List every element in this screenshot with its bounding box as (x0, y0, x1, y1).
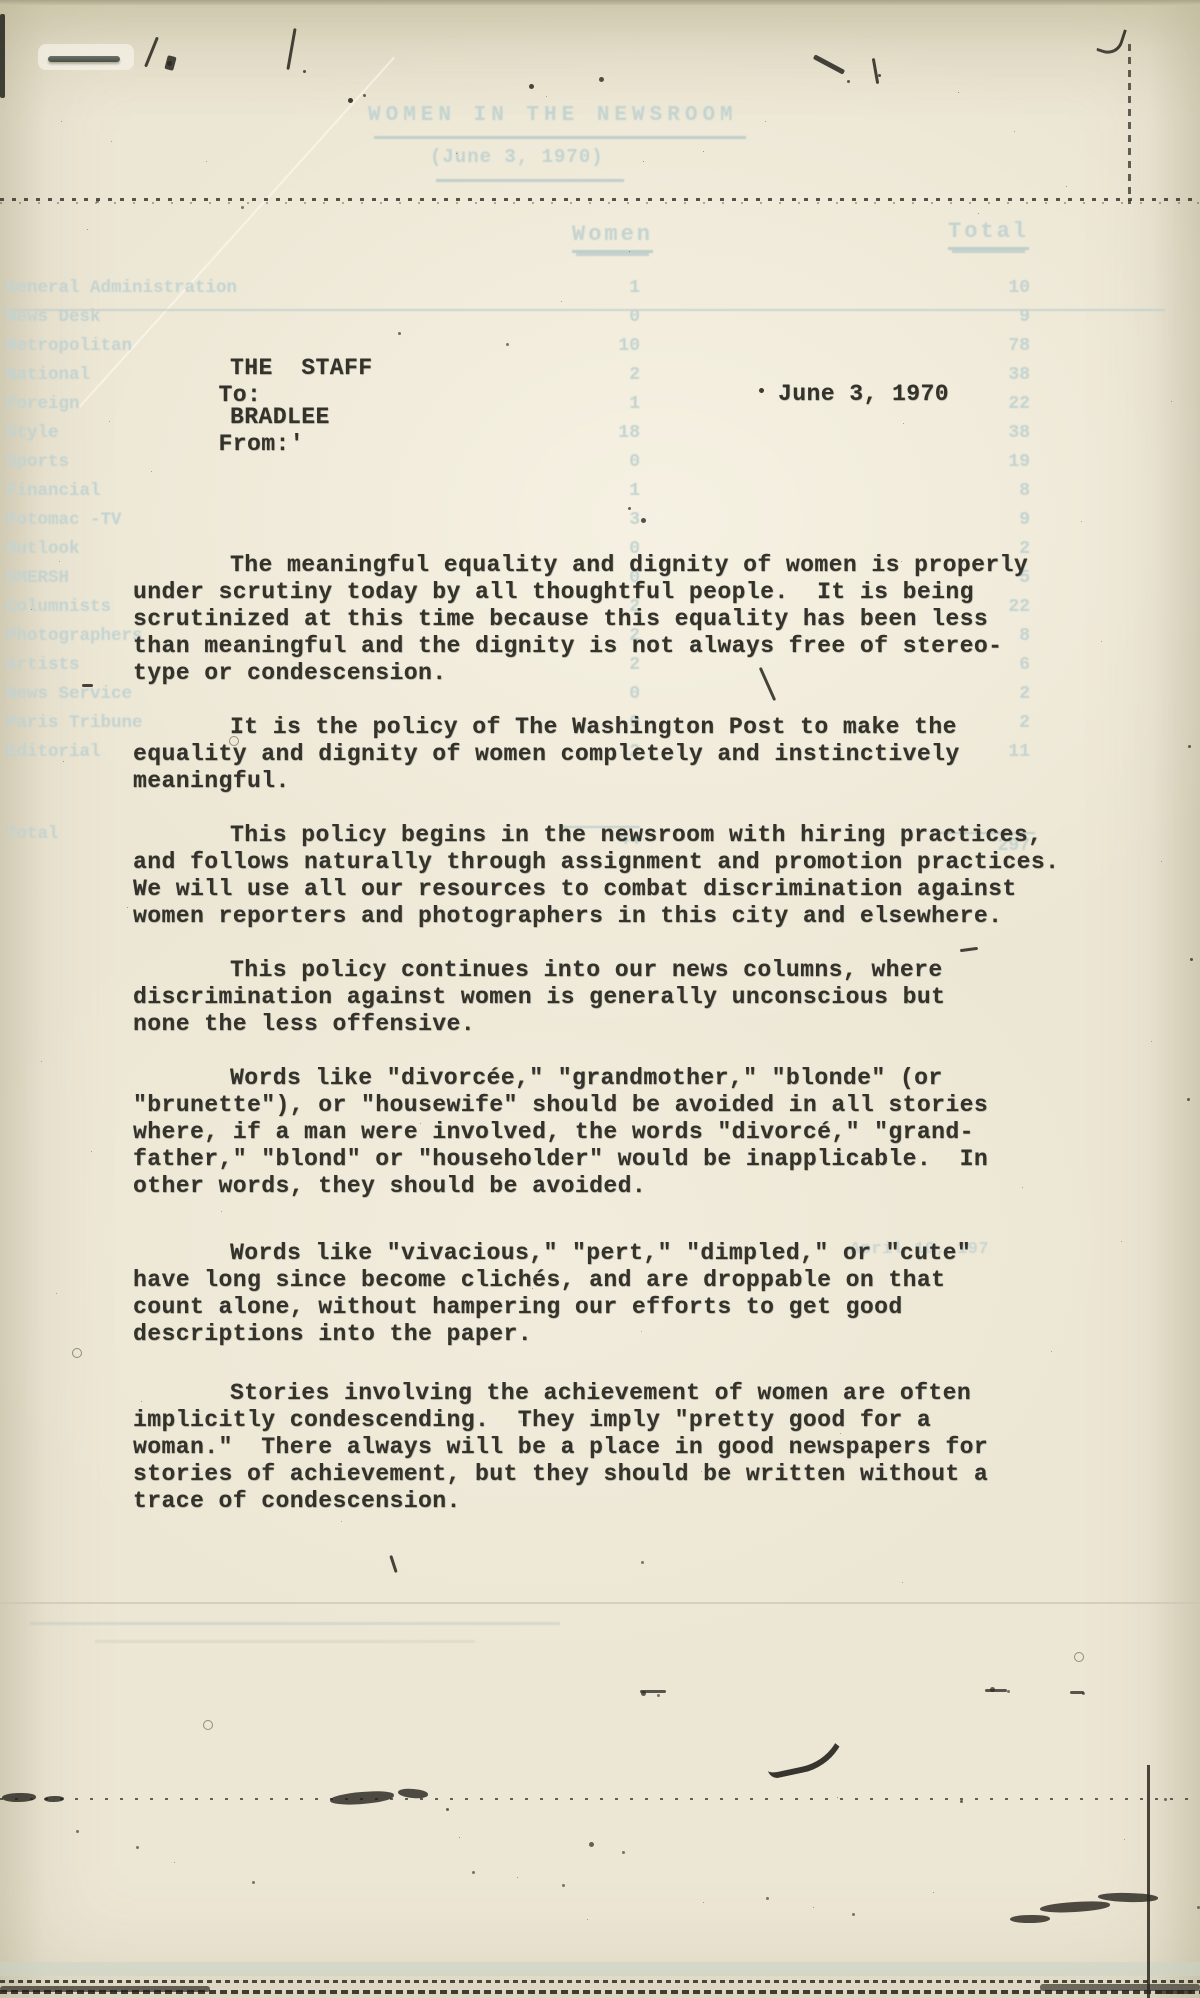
ink-specks (0, 0, 3, 3)
margin-dash (82, 684, 93, 687)
to-value: THE STAFF (230, 355, 373, 382)
ink-ring (203, 1720, 213, 1730)
scan-dashed-line-right (1128, 44, 1131, 204)
memo-line: none the less offensive. (133, 1011, 945, 1038)
memo-line: scrutinized at this time because this eq… (133, 606, 1028, 633)
memo-paragraph: The meaningful equality and dignity of w… (133, 552, 1028, 687)
memo-line: father," "blond" or "householder" would … (133, 1146, 988, 1173)
memo-line: This policy begins in the newsroom with … (133, 822, 1059, 849)
ink-dash (1070, 1691, 1084, 1694)
memo-line: have long since become clichés, and are … (133, 1267, 971, 1294)
memo-line: where, if a man were involved, the words… (133, 1119, 988, 1146)
memo-line: This policy continues into our news colu… (133, 957, 945, 984)
memo-paragraph: Words like "divorcée," "grandmother," "b… (133, 1065, 988, 1200)
memo-line: implicitly condescending. They imply "pr… (133, 1407, 988, 1434)
memo-line: under scrutiny today by all thoughtful p… (133, 579, 1028, 606)
memo-paragraph: It is the policy of The Washington Post … (133, 714, 960, 795)
ink-dash (640, 1690, 666, 1693)
memo-line: woman." There always will be a place in … (133, 1434, 988, 1461)
scan-vertical-line-foot (1156, 1990, 1192, 1994)
memo-line: and follows naturally through assignment… (133, 849, 1059, 876)
scan-dashed-line-top (0, 198, 1200, 201)
ink-smudge (1010, 1915, 1050, 1923)
ink-ring (72, 1348, 82, 1358)
memo-line: Words like "divorcée," "grandmother," "b… (133, 1065, 988, 1092)
memo-line: equality and dignity of women completely… (133, 741, 960, 768)
memo-line: "brunette"), or "housewife" should be av… (133, 1092, 988, 1119)
from-value: BRADLEE (230, 404, 330, 431)
memo-line: type or condescension. (133, 660, 1028, 687)
ink-smudge (2, 1793, 36, 1802)
ink-ring (1074, 1652, 1084, 1662)
staple (48, 56, 120, 62)
scan-vertical-line-right (1147, 1765, 1150, 1998)
ink-smudge (44, 1796, 64, 1802)
memo-from-line: From:' BRADLEE (133, 404, 304, 512)
memo-paragraph: This policy continues into our news colu… (133, 957, 945, 1038)
memo-line: We will use all our resources to combat … (133, 876, 1059, 903)
bottom-speckle-band (0, 1986, 210, 1992)
memo-date: June 3, 1970 (778, 381, 949, 407)
memo-line: It is the policy of The Washington Post … (133, 714, 960, 741)
memo-line: count alone, without hampering our effor… (133, 1294, 971, 1321)
memo-line: discrimination against women is generall… (133, 984, 945, 1011)
memo-line: other words, they should be avoided. (133, 1173, 988, 1200)
memo-line: Stories involving the achievement of wom… (133, 1380, 988, 1407)
memo-line: women reporters and photographers in thi… (133, 903, 1059, 930)
memo-line: than meaningful and the dignity is not a… (133, 633, 1028, 660)
ink-dash (985, 1689, 1007, 1692)
bottom-speckle-band (0, 1980, 1200, 1983)
memo-line: trace of condescension. (133, 1488, 988, 1515)
memo-line: meaningful. (133, 768, 960, 795)
memo-paragraph: Stories involving the achievement of wom… (133, 1380, 988, 1515)
memo-paragraph: This policy begins in the newsroom with … (133, 822, 1059, 930)
ink-ring (229, 736, 239, 746)
scanned-memo-page: WOMEN IN THE NEWSROOM (June 3, 1970) Wom… (0, 0, 1200, 1998)
memo-layer: To: THE STAFF June 3, 1970 From:' BRADLE… (0, 0, 1200, 1998)
memo-line: descriptions into the paper. (133, 1321, 971, 1348)
edge-streak (0, 14, 5, 98)
memo-line: Words like "vivacious," "pert," "dimpled… (133, 1240, 971, 1267)
memo-line: stories of achievement, but they should … (133, 1461, 988, 1488)
memo-paragraph: Words like "vivacious," "pert," "dimpled… (133, 1240, 971, 1348)
scan-dashed-line-top-2 (0, 202, 1200, 204)
memo-line: The meaningful equality and dignity of w… (133, 552, 1028, 579)
scan-dotted-line-bottom (0, 1798, 1200, 1800)
from-label: From:' (219, 431, 305, 457)
